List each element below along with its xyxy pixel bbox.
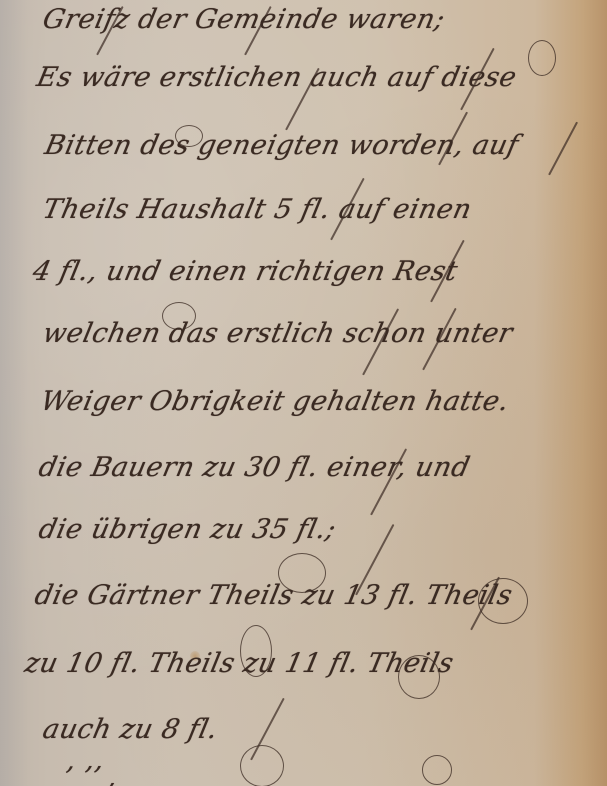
line-10-body: Gärtner Theils zu 13 fl. Theils	[84, 580, 515, 611]
manuscript-line-10: die Gärtner Theils zu 13 fl. Theils	[32, 580, 515, 611]
manuscript-line-12: auch zu 8 fl.	[40, 714, 221, 745]
manuscript-line-5: 4 fl., und einen richtigen Rest	[30, 256, 461, 287]
manuscript-line-2: Es wäre erstlichen auch auf diese	[34, 62, 520, 93]
manuscript-page: Greifz der Gemeinde waren; Es wäre erstl…	[0, 0, 607, 786]
flourish-loop	[528, 40, 556, 76]
manuscript-line-13-partial: ’ ʼʼ ,	[60, 762, 121, 786]
line-10-prefix: die	[32, 580, 91, 611]
manuscript-line-9: die übrigen zu 35 fl.;	[36, 514, 339, 545]
ascender-stroke	[548, 122, 578, 176]
manuscript-line-1: Greifz der Gemeinde waren;	[40, 4, 448, 35]
flourish-loop	[240, 745, 284, 786]
manuscript-line-6: welchen das erstlich schon unter	[40, 318, 516, 349]
manuscript-line-7: Weiger Obrigkeit gehalten hatte.	[38, 386, 512, 417]
flourish-loop	[422, 755, 452, 785]
manuscript-line-8: die Bauern zu 30 fl. einer, und	[36, 452, 473, 483]
manuscript-line-11: zu 10 fl. Theils zu 11 fl. Theils	[22, 648, 457, 679]
manuscript-line-4: Theils Haushalt 5 fl. auf einen	[40, 194, 475, 225]
manuscript-line-3: Bitten des geneigten worden, auf	[42, 130, 521, 161]
